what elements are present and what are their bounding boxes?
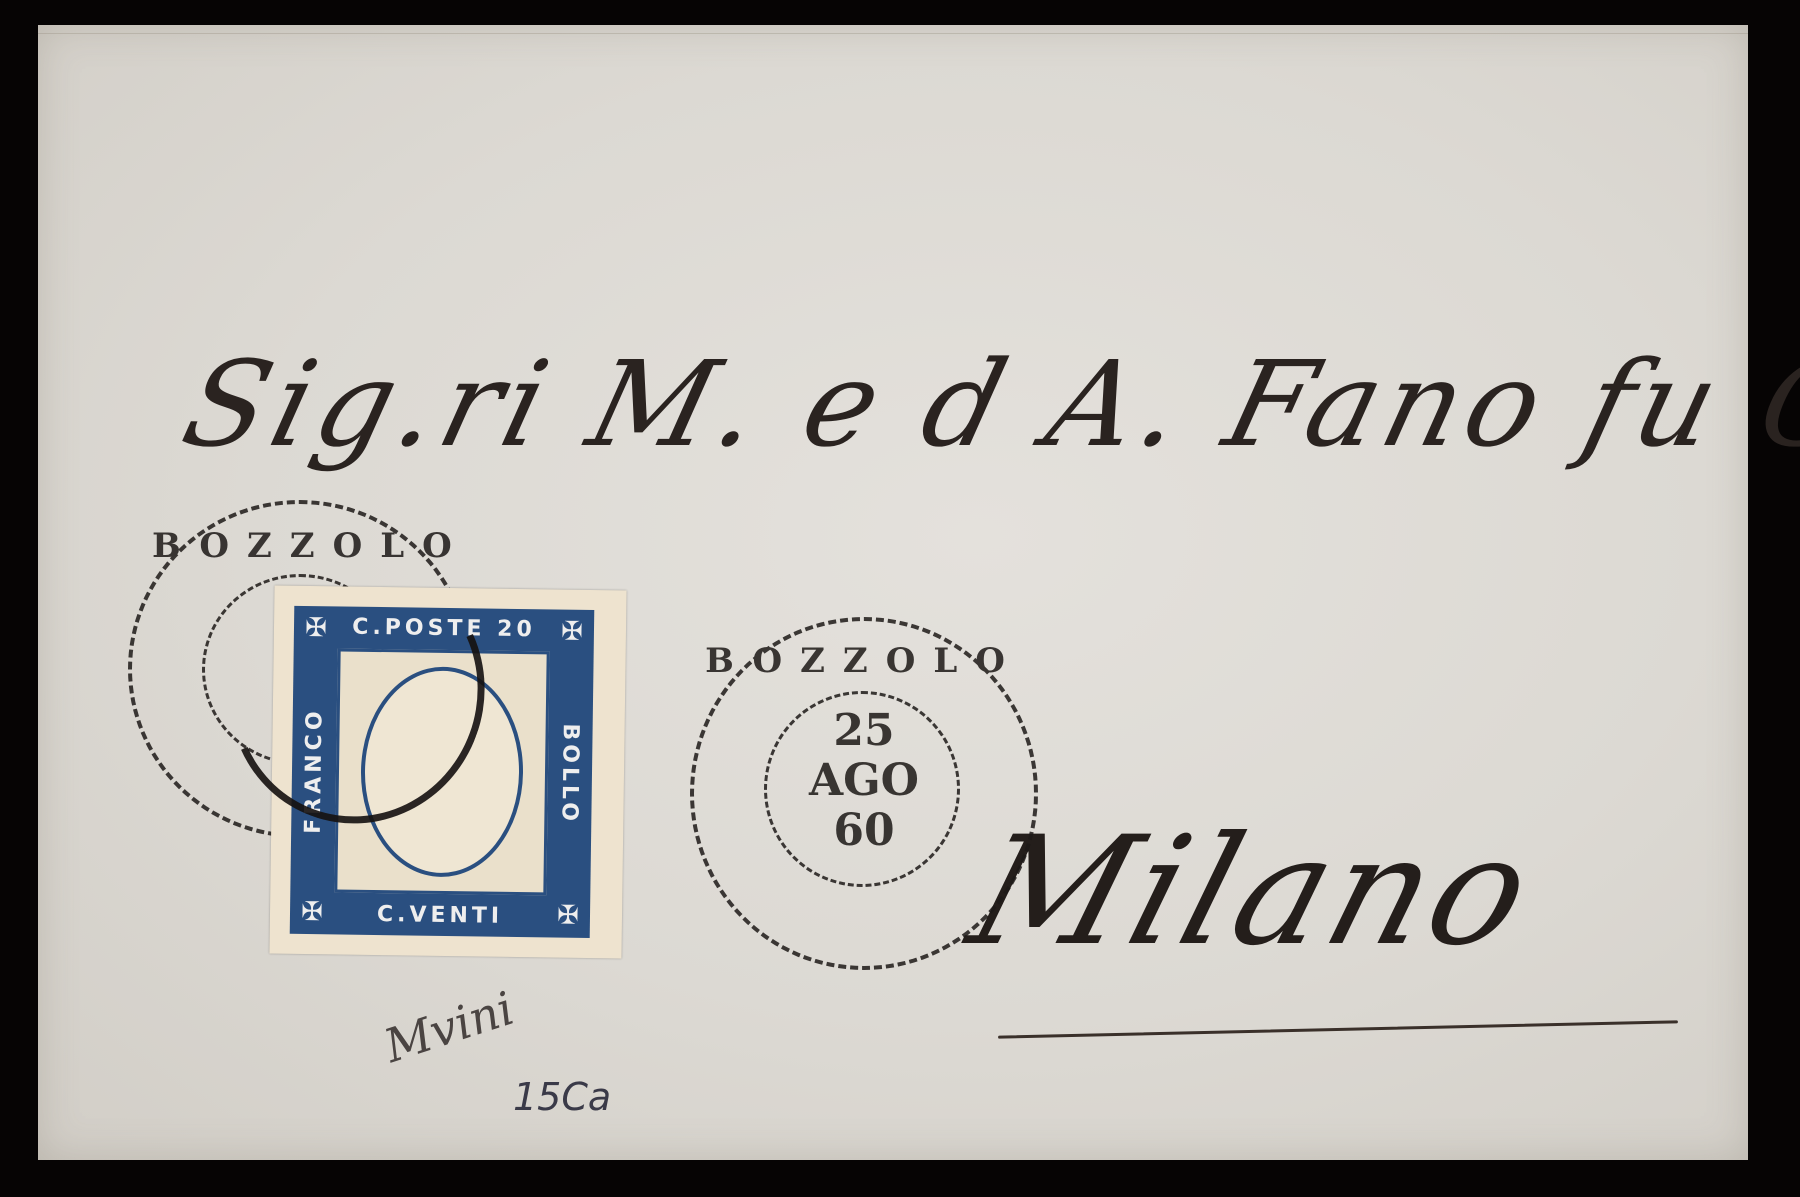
catalog-number: 15Ca [513,1075,611,1119]
star-icon: ✠ [552,611,593,652]
postmark-day: 25 [694,706,1034,756]
stamp-bottom-label: C.VENTI [334,901,546,929]
stamp-right-label: BOLLO [557,723,583,825]
left-postmark-town: BOZZOLO [152,526,467,566]
destination-city: Milano [953,805,1553,979]
postmark-year: 60 [694,806,1034,856]
right-postmark: BOZZOLO 25 AGO 60 [690,617,1038,970]
address-block: Sig.ri M. e d A. Fano fu Guglielmo [188,315,1758,545]
city-underline [998,1020,1678,1038]
right-postmark-town: BOZZOLO [694,641,1034,681]
envelope-fold [38,25,1748,34]
addressee-line: Sig.ri M. e d A. Fano fu Guglielmo [171,335,1800,473]
expert-signature: Mvini [378,981,520,1073]
star-icon: ✠ [292,892,333,933]
postmark-month: AGO [694,756,1034,806]
postmark-date: 25 AGO 60 [694,706,1034,856]
star-icon: ✠ [548,895,589,936]
